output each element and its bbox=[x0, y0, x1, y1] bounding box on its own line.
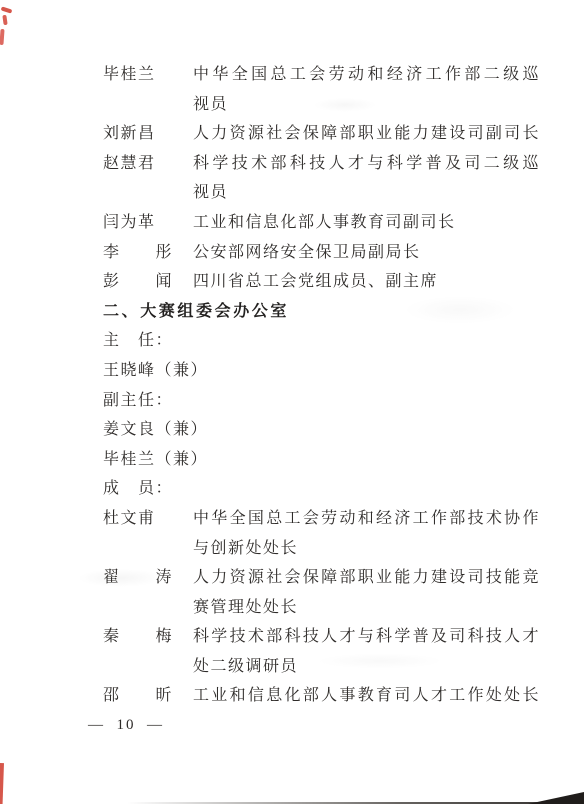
member-title: 公安部网络安全保卫局副局长 bbox=[193, 238, 540, 268]
member-title-line: 视员 bbox=[193, 90, 540, 120]
member-row: 翟 涛人力资源社会保障部职业能力建设司技能竞赛管理处处长 bbox=[103, 563, 549, 622]
member-title-line: 视员 bbox=[193, 178, 540, 208]
page-number: — 10 — bbox=[88, 711, 164, 740]
member-name: 李 彤 bbox=[103, 238, 193, 268]
member-row: 毕桂兰中华全国总工会劳动和经济工作部二级巡视员 bbox=[103, 60, 549, 119]
member-title-line: 处二级调研员 bbox=[193, 652, 540, 682]
member-title: 中华全国总工会劳动和经济工作部技术协作与创新处处长 bbox=[193, 504, 540, 563]
page-corner-shadow bbox=[528, 792, 584, 804]
member-name: 翟 涛 bbox=[103, 563, 193, 622]
committee-member-list: 毕桂兰中华全国总工会劳动和经济工作部二级巡视员刘新昌人力资源社会保障部职业能力建… bbox=[103, 60, 549, 297]
member-row: 邵 昕工业和信息化部人事教育司人才工作处处长 bbox=[103, 681, 549, 711]
member-name: 赵慧君 bbox=[103, 149, 193, 208]
member-title: 人力资源社会保障部职业能力建设司技能竞赛管理处处长 bbox=[193, 563, 540, 622]
deputy-director-label: 副主任： bbox=[103, 386, 549, 416]
member-title-line: 公安部网络安全保卫局副局长 bbox=[193, 238, 540, 268]
red-ink-artifact-top bbox=[2, 15, 7, 25]
red-ink-artifact-top bbox=[0, 29, 5, 45]
red-ink-artifact-bottom bbox=[0, 763, 4, 804]
member-title: 工业和信息化部人事教育司人才工作处处长 bbox=[193, 681, 540, 711]
office-member-list: 杜文甫中华全国总工会劳动和经济工作部技术协作与创新处处长翟 涛人力资源社会保障部… bbox=[103, 504, 549, 711]
member-title: 人力资源社会保障部职业能力建设司副司长 bbox=[193, 119, 540, 149]
members-label: 成 员： bbox=[103, 474, 549, 504]
member-title-line: 四川省总工会党组成员、副主席 bbox=[193, 267, 540, 297]
document-body: 毕桂兰中华全国总工会劳动和经济工作部二级巡视员刘新昌人力资源社会保障部职业能力建… bbox=[103, 60, 549, 711]
director-name: 王晓峰（兼） bbox=[103, 356, 549, 386]
member-name: 秦 梅 bbox=[103, 622, 193, 681]
member-title: 四川省总工会党组成员、副主席 bbox=[193, 267, 540, 297]
member-title-line: 人力资源社会保障部职业能力建设司技能竞 bbox=[193, 563, 540, 593]
deputy-director-name: 姜文良（兼） bbox=[103, 415, 549, 445]
deputy-director-name: 毕桂兰（兼） bbox=[103, 445, 549, 475]
member-name: 杜文甫 bbox=[103, 504, 193, 563]
member-title-line: 科学技术部科技人才与科学普及司科技人才 bbox=[193, 622, 540, 652]
member-title-line: 工业和信息化部人事教育司人才工作处处长 bbox=[193, 681, 540, 711]
section2-heading: 二、大赛组委会办公室 bbox=[103, 297, 549, 327]
member-name: 邵 昕 bbox=[103, 681, 193, 711]
member-title-line: 中华全国总工会劳动和经济工作部二级巡 bbox=[193, 60, 540, 90]
member-row: 秦 梅科学技术部科技人才与科学普及司科技人才处二级调研员 bbox=[103, 622, 549, 681]
director-label: 主 任： bbox=[103, 326, 549, 356]
member-row: 李 彤公安部网络安全保卫局副局长 bbox=[103, 238, 549, 268]
member-title: 科学技术部科技人才与科学普及司科技人才处二级调研员 bbox=[193, 622, 540, 681]
member-name: 毕桂兰 bbox=[103, 60, 193, 119]
member-title: 科学技术部科技人才与科学普及司二级巡视员 bbox=[193, 149, 540, 208]
member-title-line: 人力资源社会保障部职业能力建设司副司长 bbox=[193, 119, 540, 149]
member-row: 闫为革工业和信息化部人事教育司副司长 bbox=[103, 208, 549, 238]
member-title-line: 与创新处处长 bbox=[193, 534, 540, 564]
member-name: 彭 闻 bbox=[103, 267, 193, 297]
red-ink-artifact-top bbox=[1, 6, 13, 13]
member-name: 闫为革 bbox=[103, 208, 193, 238]
member-title-line: 赛管理处处长 bbox=[193, 593, 540, 623]
member-title: 工业和信息化部人事教育司副司长 bbox=[193, 208, 540, 238]
member-row: 刘新昌人力资源社会保障部职业能力建设司副司长 bbox=[103, 119, 549, 149]
member-title: 中华全国总工会劳动和经济工作部二级巡视员 bbox=[193, 60, 540, 119]
member-row: 杜文甫中华全国总工会劳动和经济工作部技术协作与创新处处长 bbox=[103, 504, 549, 563]
member-name: 刘新昌 bbox=[103, 119, 193, 149]
member-title-line: 中华全国总工会劳动和经济工作部技术协作 bbox=[193, 504, 540, 534]
member-title-line: 工业和信息化部人事教育司副司长 bbox=[193, 208, 540, 238]
member-row: 赵慧君科学技术部科技人才与科学普及司二级巡视员 bbox=[103, 149, 549, 208]
member-title-line: 科学技术部科技人才与科学普及司二级巡 bbox=[193, 149, 540, 179]
member-row: 彭 闻四川省总工会党组成员、副主席 bbox=[103, 267, 549, 297]
